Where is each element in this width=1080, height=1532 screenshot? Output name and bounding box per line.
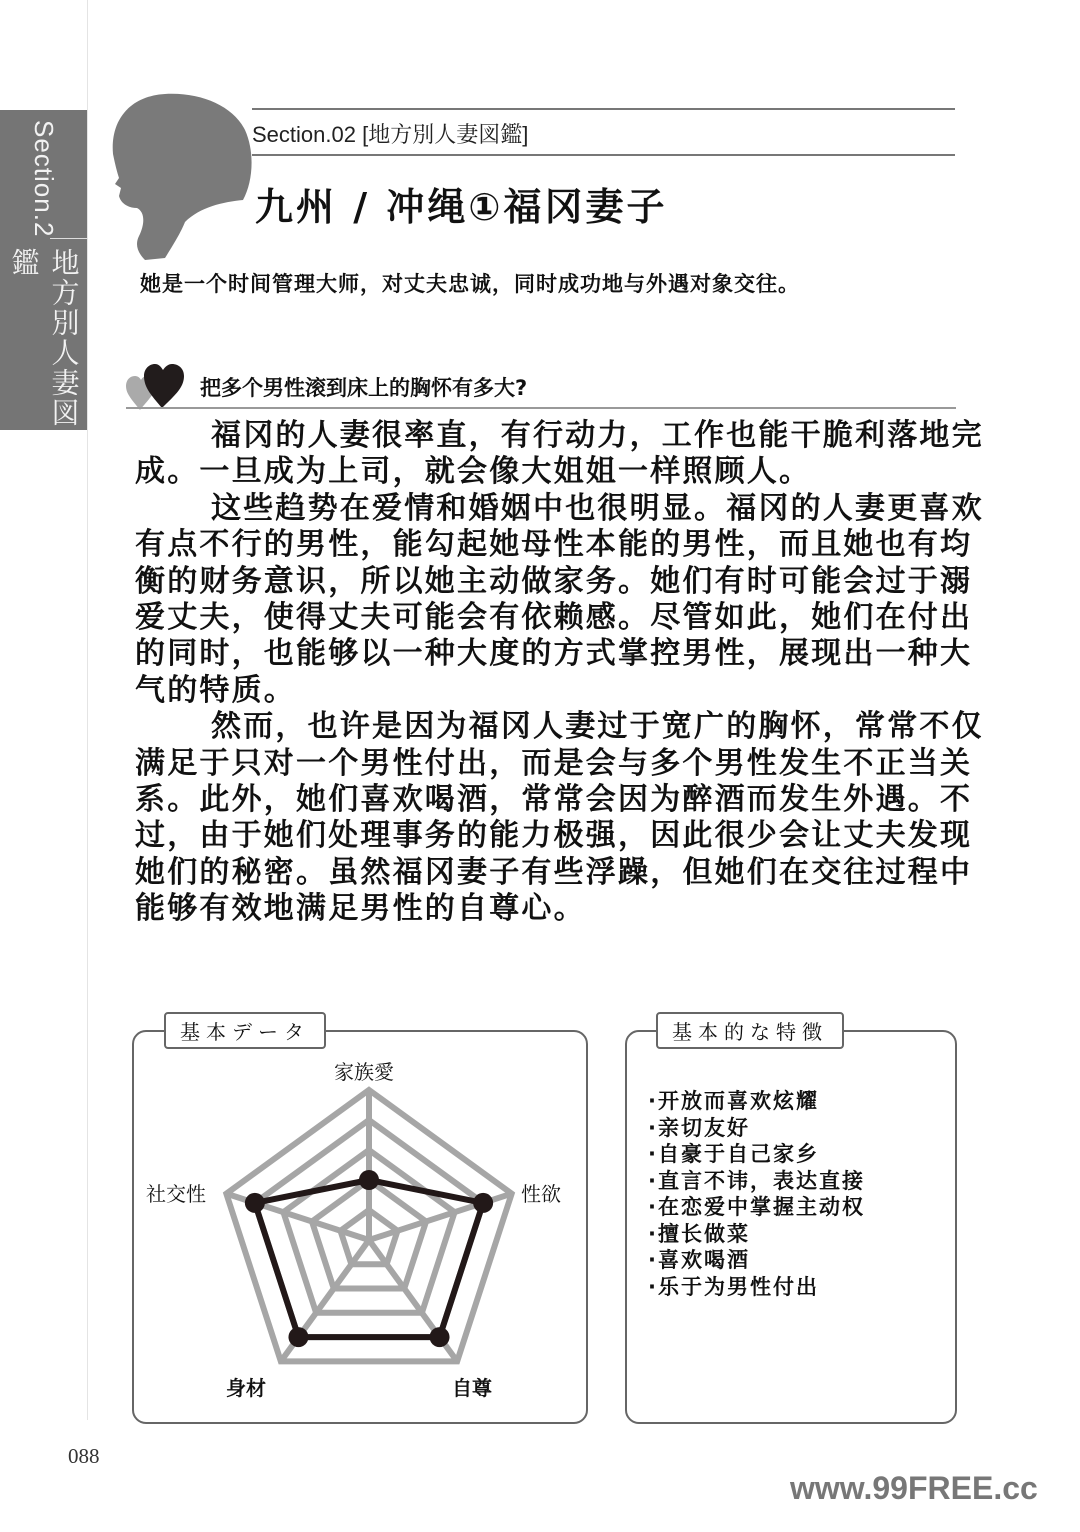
body-text: 福冈的人妻很率直，有行动力，工作也能干脆利落地完成。一旦成为上司，就会像大姐姐一… — [135, 418, 985, 928]
question-rule — [126, 407, 956, 409]
trait-item: ·自豪于自己家乡 — [648, 1141, 865, 1168]
radar-axis-label: 社交性 — [146, 1178, 206, 1207]
side-tab-section: Section.2 — [28, 120, 59, 237]
page-title: 九州 / 冲绳①福冈妻子 — [255, 176, 668, 231]
section-side-tab: Section.2 地方別人妻図鑑 — [0, 110, 87, 430]
trait-item: ·擅长做菜 — [648, 1221, 865, 1248]
body-paragraph: 福冈的人妻很率直，有行动力，工作也能干脆利落地完成。一旦成为上司，就会像大姐姐一… — [135, 418, 985, 491]
page-gutter-line — [87, 0, 88, 1420]
trait-item: ·直言不讳，表达直接 — [648, 1168, 865, 1195]
body-paragraph: 然而，也许是因为福冈人妻过于宽广的胸怀，常常不仅满足于只对一个男性付出，而是会与… — [135, 709, 985, 927]
side-tab-title: 地方別人妻図鑑 — [4, 248, 84, 430]
header-top-rule — [252, 108, 955, 110]
radar-axis-label: 性欲 — [521, 1178, 561, 1207]
trait-item: ·喜欢喝酒 — [648, 1247, 865, 1274]
woman-silhouette-icon — [105, 92, 255, 262]
radar-chart — [132, 1030, 588, 1422]
traits-list: ·开放而喜欢炫耀 ·亲切友好 ·自豪于自己家乡 ·直言不讳，表达直接 ·在恋爱中… — [648, 1088, 865, 1300]
radar-axis-label: 自尊 — [452, 1372, 492, 1401]
page-number: 088 — [68, 1444, 100, 1469]
question-heading: 把多个男性滚到床上的胸怀有多大? — [200, 372, 527, 402]
watermark: www.99FREE.cc — [790, 1470, 1038, 1507]
trait-item: ·开放而喜欢炫耀 — [648, 1088, 865, 1115]
hearts-icon — [126, 364, 186, 410]
radar-axis-label: 身材 — [226, 1372, 266, 1401]
section-label: Section.02 [地方別人妻図鑑] — [252, 118, 528, 149]
trait-item: ·亲切友好 — [648, 1115, 865, 1142]
header-bottom-rule — [252, 154, 955, 156]
traits-label: 基本的な特徴 — [656, 1012, 844, 1049]
radar-grid — [226, 1090, 511, 1361]
side-tab-divider — [50, 238, 87, 239]
body-paragraph: 这些趋势在爱情和婚姻中也很明显。福冈的人妻更喜欢有点不行的男性，能勾起她母性本能… — [135, 491, 985, 709]
trait-item: ·在恋爱中掌握主动权 — [648, 1194, 865, 1221]
lede-text: 她是一个时间管理大师，对丈夫忠诚，同时成功地与外遇对象交往。 — [140, 268, 800, 298]
radar-axis-label: 家族愛 — [334, 1056, 394, 1085]
trait-item: ·乐于为男性付出 — [648, 1274, 865, 1301]
